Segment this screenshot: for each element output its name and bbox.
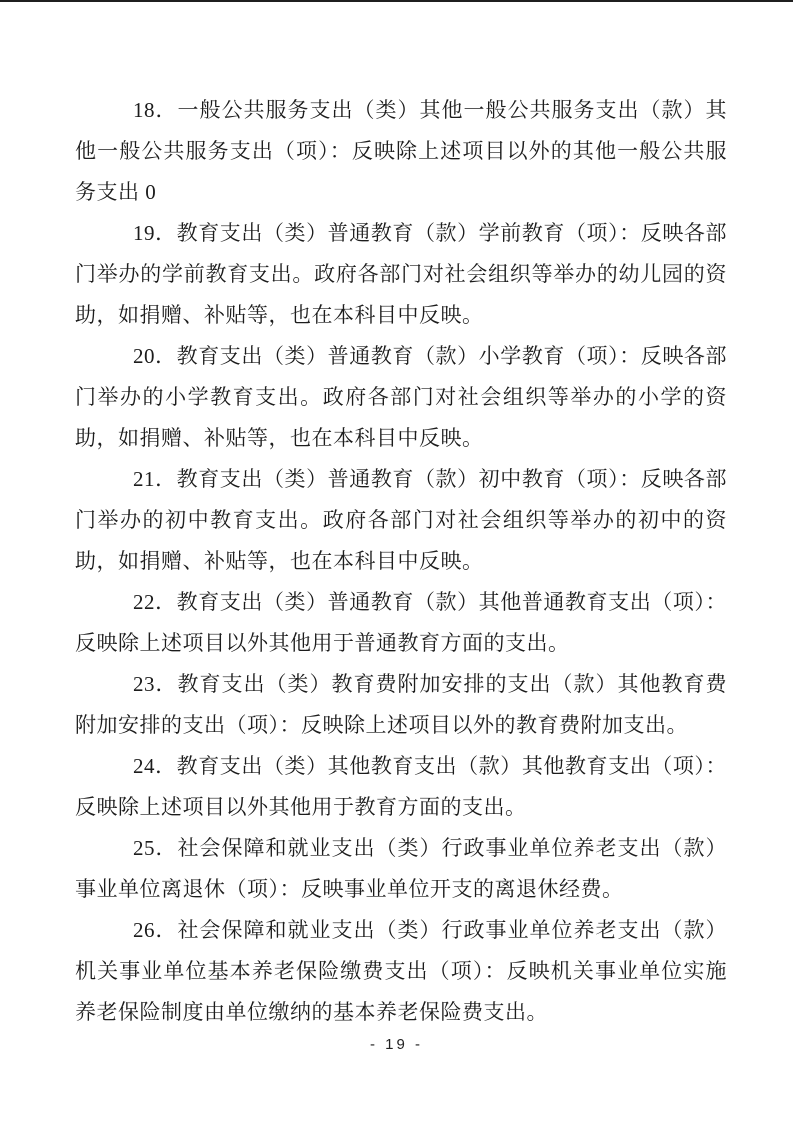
- scan-top-edge-line: [0, 0, 793, 2]
- page-number: - 19 -: [0, 1036, 793, 1053]
- paragraph-item-23: 23．教育支出（类）教育费附加安排的支出（款）其他教育费附加安排的支出（项）：反…: [75, 664, 727, 746]
- paragraph-item-24: 24．教育支出（类）其他教育支出（款）其他教育支出（项）：反映除上述项目以外其他…: [75, 746, 727, 828]
- document-page: 18．一般公共服务支出（类）其他一般公共服务支出（款）其他一般公共服务支出（项）…: [0, 0, 793, 1122]
- paragraph-item-21: 21．教育支出（类）普通教育（款）初中教育（项）：反映各部门举办的初中教育支出。…: [75, 459, 727, 582]
- paragraph-item-18: 18．一般公共服务支出（类）其他一般公共服务支出（款）其他一般公共服务支出（项）…: [75, 90, 727, 213]
- paragraph-item-25: 25．社会保障和就业支出（类）行政事业单位养老支出（款）事业单位离退休（项）：反…: [75, 828, 727, 910]
- document-body: 18．一般公共服务支出（类）其他一般公共服务支出（款）其他一般公共服务支出（项）…: [75, 90, 727, 1033]
- paragraph-item-20: 20．教育支出（类）普通教育（款）小学教育（项）：反映各部门举办的小学教育支出。…: [75, 336, 727, 459]
- paragraph-item-22: 22．教育支出（类）普通教育（款）其他普通教育支出（项）：反映除上述项目以外其他…: [75, 582, 727, 664]
- paragraph-item-26: 26．社会保障和就业支出（类）行政事业单位养老支出（款）机关事业单位基本养老保险…: [75, 910, 727, 1033]
- paragraph-item-19: 19．教育支出（类）普通教育（款）学前教育（项）：反映各部门举办的学前教育支出。…: [75, 213, 727, 336]
